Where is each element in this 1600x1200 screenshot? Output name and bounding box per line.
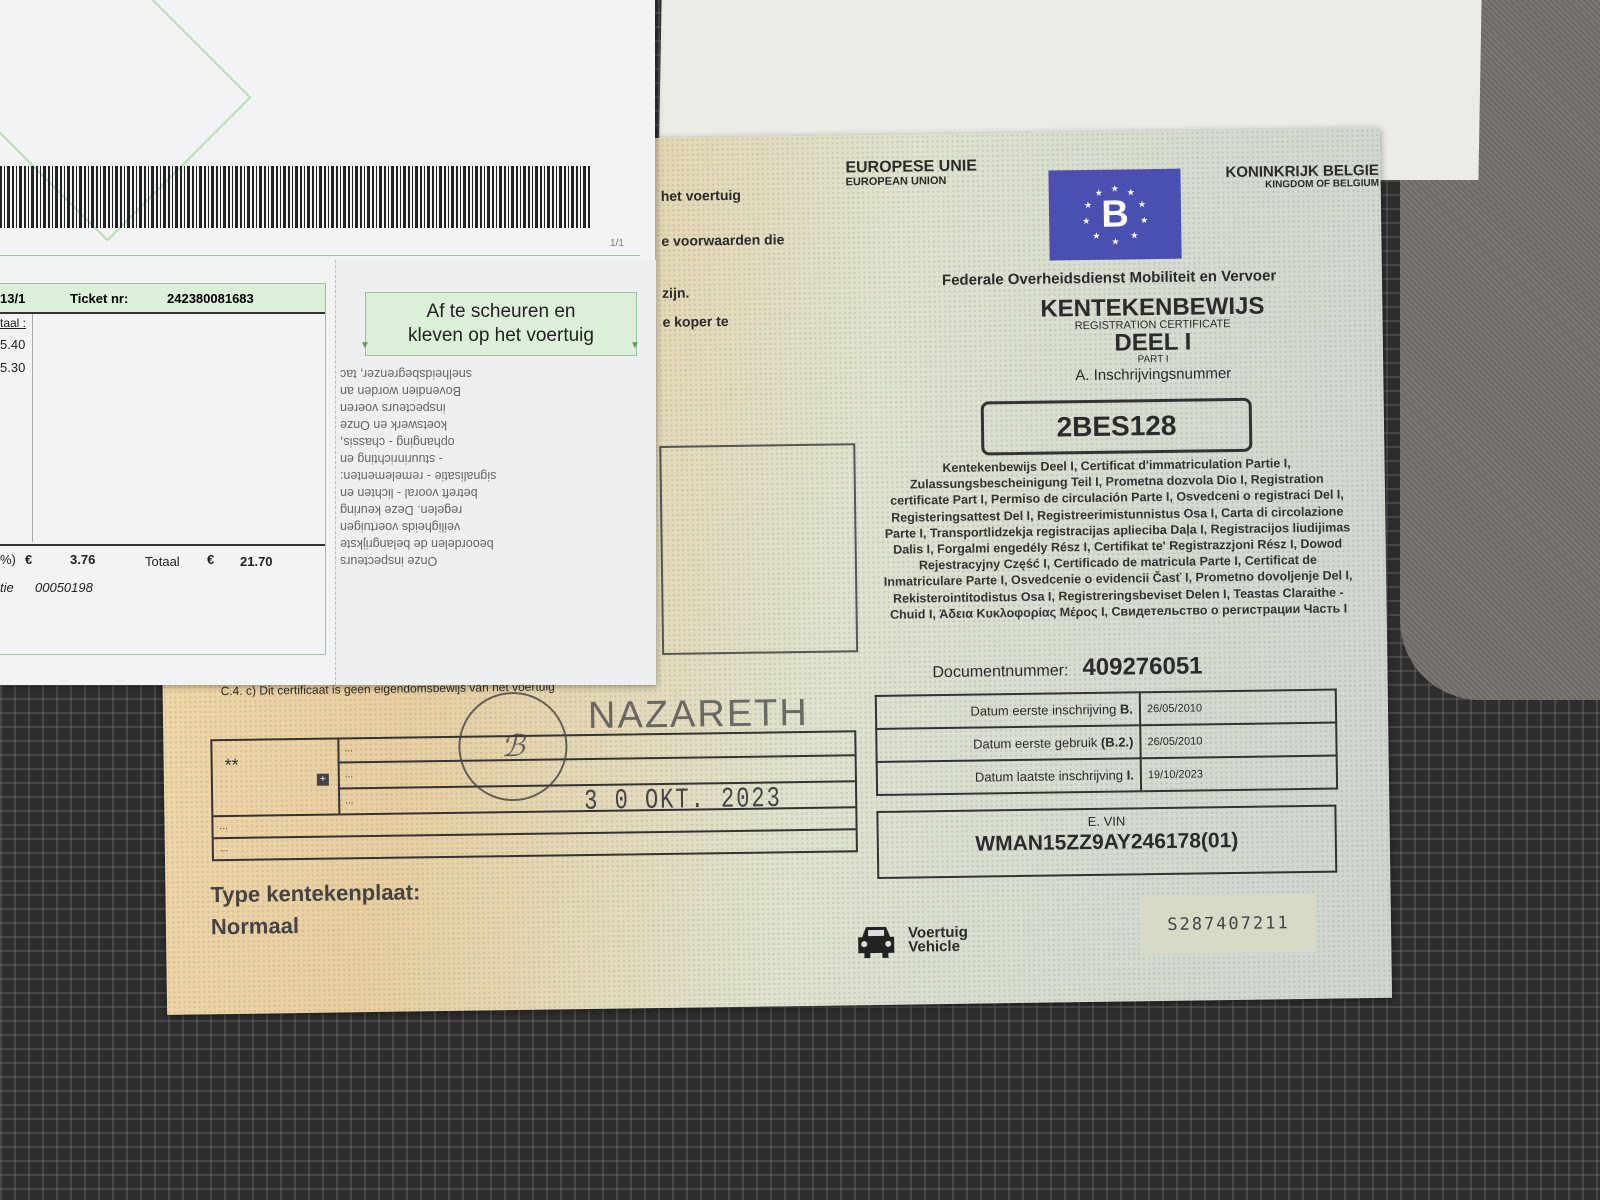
barcode	[0, 166, 590, 228]
total-amount: 21.70	[240, 554, 273, 569]
multilingual-text: Kentekenbewijs Deel I, Certificat d'imma…	[881, 454, 1353, 623]
eu-heading: EUROPESE UNIE EUROPEAN UNION	[845, 160, 977, 190]
tear-off-label: Af te scheuren enkleven op het voertuig	[365, 292, 637, 356]
certificate-title: KENTEKENBEWIJS REGISTRATION CERTIFICATE …	[987, 294, 1318, 385]
upside-down-text: Onze inspecteurs beoordelen de belangrij…	[340, 365, 500, 569]
partial-text: e voorwaarden die	[661, 231, 784, 249]
partial-text: het voertuig	[661, 187, 741, 204]
eu-flag-icon: ★ ★ ★ ★ ★ ★ ★ ★ ★ ★ B	[1048, 169, 1181, 261]
receipt-paper: 1/1 13/1 Ticket nr: 242380081683 taal : …	[0, 0, 655, 685]
arrow-down-icon: ▼	[360, 340, 370, 351]
city-stamp: NAZARETH	[588, 692, 809, 738]
partial-text: e koper te	[662, 313, 728, 330]
date-stamp: 3 0 OKT. 2023	[584, 783, 782, 818]
vin-box: E. VIN WMAN15ZZ9AY246178(01)	[876, 805, 1337, 879]
arrow-down-icon: ▼	[630, 340, 640, 351]
table-row: Datum laatste inschrijving I.19/10/2023	[877, 756, 1337, 795]
plate-type: Type kentekenplaat: Normaal	[210, 876, 421, 943]
serial-number: S287407211	[1141, 894, 1317, 954]
document-number: Documentnummer:409276051	[932, 652, 1203, 684]
plus-icon: +	[317, 774, 329, 786]
receipt-table: 13/1 Ticket nr: 242380081683 taal : 5.40…	[0, 283, 326, 655]
vehicle-label: VoertuigVehicle	[854, 922, 968, 960]
registration-number: 2BES128	[981, 398, 1253, 456]
page-number: 1/1	[610, 238, 624, 249]
vat-amount: 3.76	[70, 552, 95, 567]
photo-frame	[659, 443, 858, 655]
vin-value: WMAN15ZZ9AY246178(01)	[879, 828, 1335, 858]
dates-table: Datum eerste inschrijving B.26/05/2010 D…	[875, 689, 1338, 796]
partial-text: zijn.	[662, 285, 689, 301]
kingdom-heading: KONINKRIJK BELGIE KINGDOM OF BELGIUM	[1225, 164, 1379, 192]
ticket-number: 242380081683	[167, 291, 254, 306]
car-icon	[854, 923, 898, 960]
